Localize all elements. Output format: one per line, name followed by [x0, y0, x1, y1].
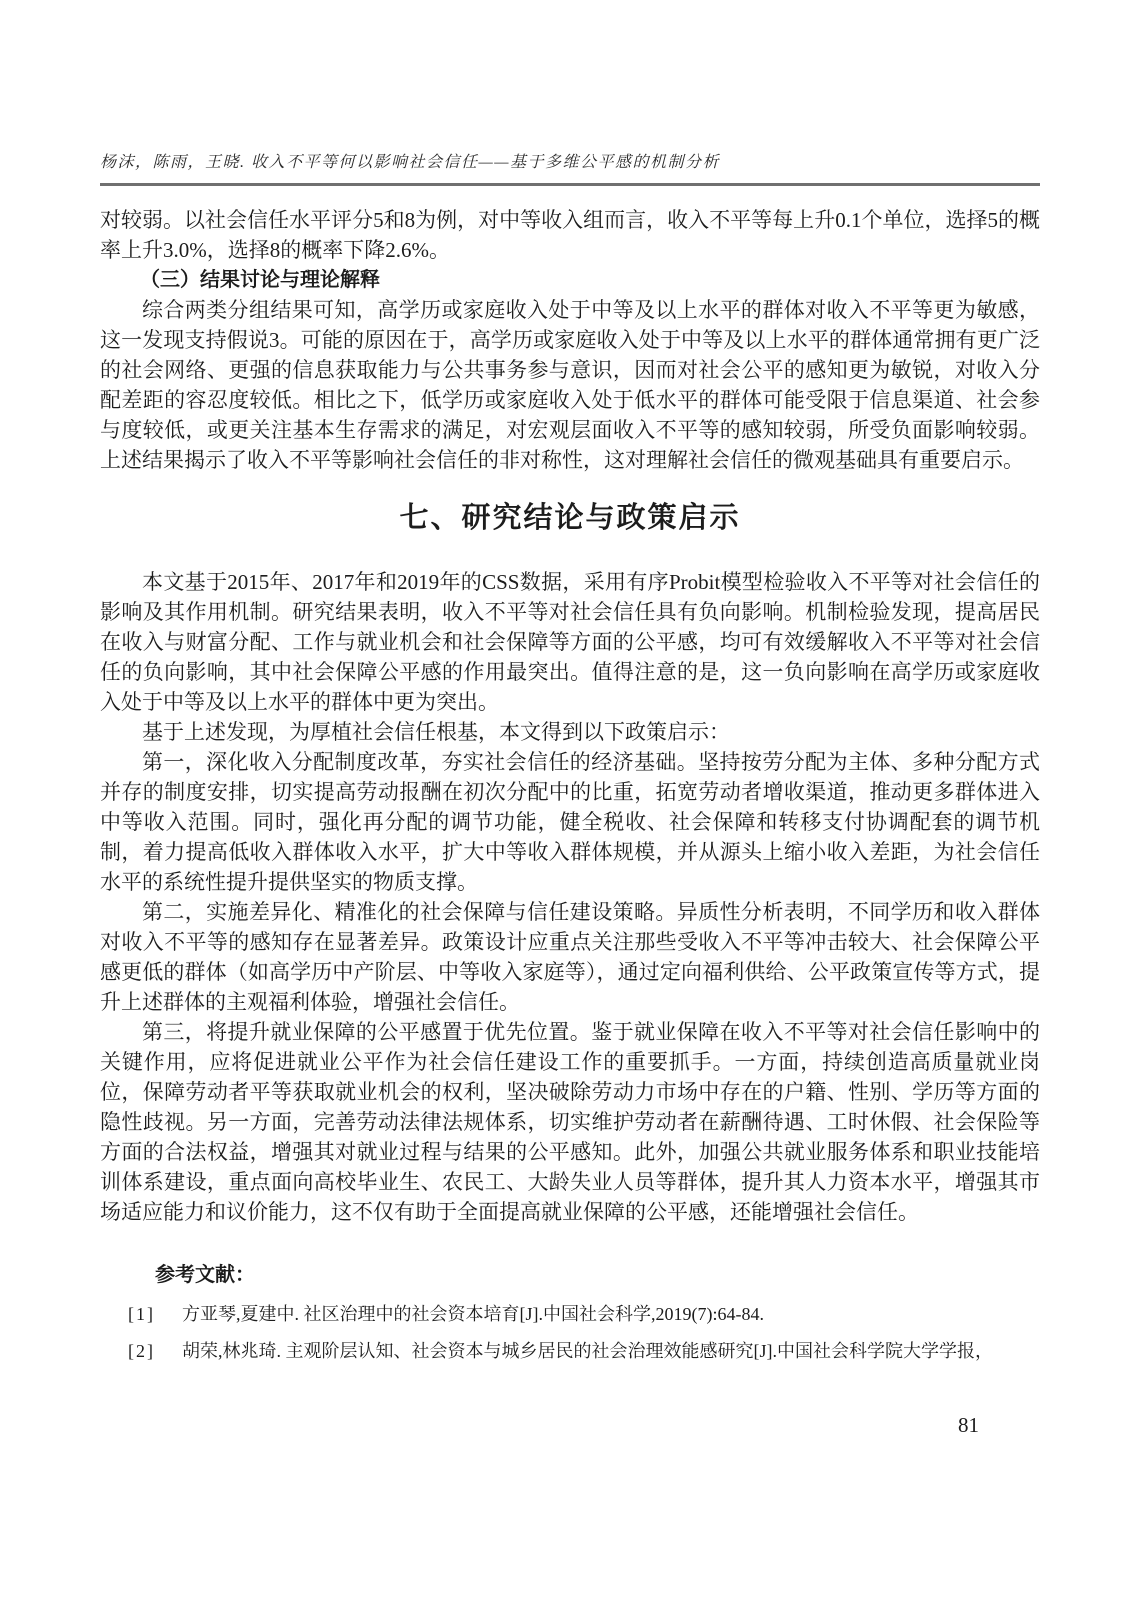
- reference-text: 方亚琴,夏建中. 社区治理中的社会资本培育[J].中国社会科学,2019(7):…: [182, 1304, 764, 1324]
- header-rule-divider: [100, 183, 1040, 186]
- references-heading: 参考文献：: [155, 1263, 1040, 1287]
- reference-item: [2] 胡荣,林兆琦. 主观阶层认知、社会资本与城乡居民的社会治理效能感研究[J…: [100, 1340, 1040, 1362]
- text-column: 杨沫，陈雨，王晓. 收入不平等何以影响社会信任——基于多维公平感的机制分析 对较…: [100, 152, 1040, 1377]
- running-header: 杨沫，陈雨，王晓. 收入不平等何以影响社会信任——基于多维公平感的机制分析: [100, 152, 1040, 174]
- page-number: 81: [958, 1414, 979, 1436]
- reference-label: [1]: [128, 1303, 155, 1325]
- subsection-paragraph: 综合两类分组结果可知，高学历或家庭收入处于中等及以上水平的群体对收入不平等更为敏…: [100, 295, 1040, 475]
- policy-intro-paragraph: 基于上述发现，为厚植社会信任根基，本文得到以下政策启示：: [100, 717, 1040, 747]
- reference-item: [1] 方亚琴,夏建中. 社区治理中的社会资本培育[J].中国社会科学,2019…: [100, 1303, 1040, 1325]
- paper-page: 杨沫，陈雨，王晓. 收入不平等何以影响社会信任——基于多维公平感的机制分析 对较…: [0, 0, 1140, 1600]
- policy-paragraph-2: 第二，实施差异化、精准化的社会保障与信任建设策略。异质性分析表明，不同学历和收入…: [100, 897, 1040, 1017]
- subsection-heading: （三）结果讨论与理论解释: [100, 265, 1040, 295]
- lead-paragraph: 对较弱。以社会信任水平评分5和8为例，对中等收入组而言，收入不平等每上升0.1个…: [100, 205, 1040, 265]
- references-section: 参考文献： [1] 方亚琴,夏建中. 社区治理中的社会资本培育[J].中国社会科…: [100, 1263, 1040, 1362]
- reference-text: 胡荣,林兆琦. 主观阶层认知、社会资本与城乡居民的社会治理效能感研究[J].中国…: [182, 1341, 993, 1361]
- policy-paragraph-1: 第一，深化收入分配制度改革，夯实社会信任的经济基础。坚持按劳分配为主体、多种分配…: [100, 747, 1040, 897]
- conclusion-paragraph: 本文基于2015年、2017年和2019年的CSS数据，采用有序Probit模型…: [100, 567, 1040, 717]
- policy-paragraph-3: 第三，将提升就业保障的公平感置于优先位置。鉴于就业保障在收入不平等对社会信任影响…: [100, 1017, 1040, 1227]
- body-text: 对较弱。以社会信任水平评分5和8为例，对中等收入组而言，收入不平等每上升0.1个…: [100, 205, 1040, 1227]
- reference-label: [2]: [128, 1340, 155, 1362]
- section-heading: 七、研究结论与政策启示: [100, 499, 1040, 537]
